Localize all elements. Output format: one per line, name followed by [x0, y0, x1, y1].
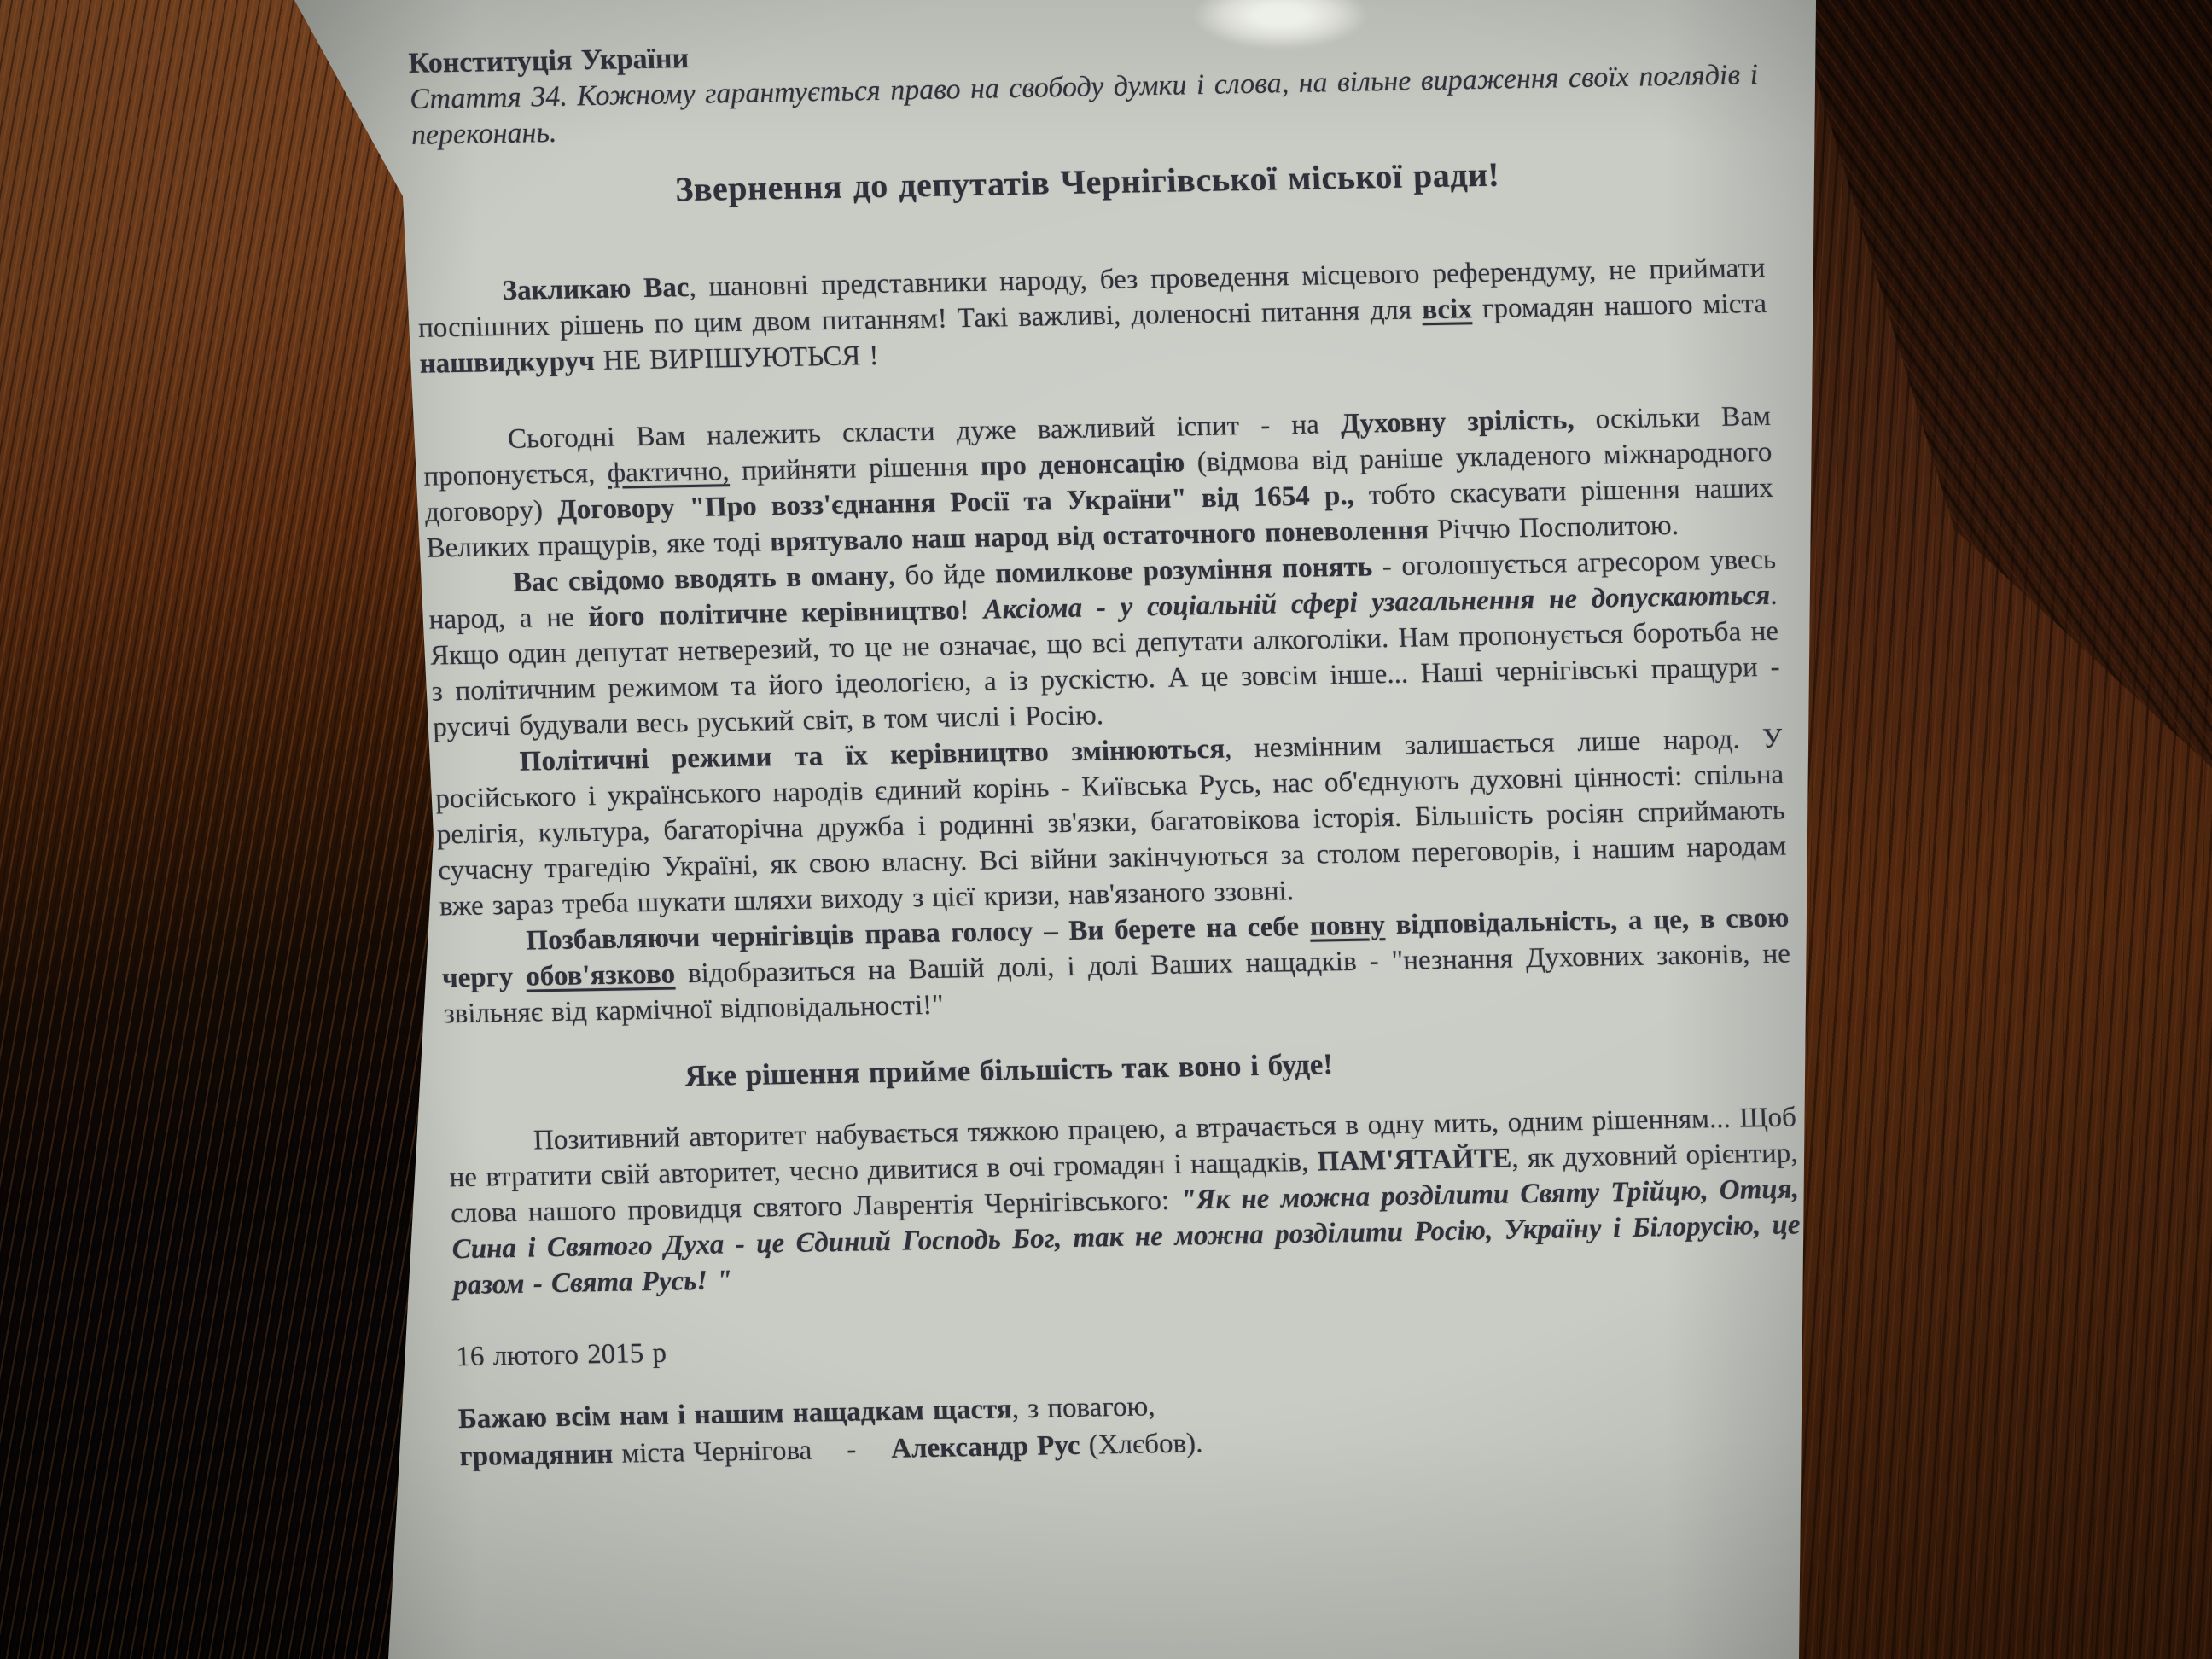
letter-date: 16 лютого 2015 р — [456, 1314, 1805, 1375]
appeal-paragraph-1: Закликаю Вас, шановні представники народ… — [416, 250, 1768, 382]
signature-wish-line: Бажаю всім нам і нашим нащадкам щастя, з… — [457, 1391, 1155, 1435]
decision-slogan: Яке рішення прийме більшість так воно і … — [445, 1038, 1795, 1098]
appeal-paragraph-4: Політичні режими та їх керівництво зміню… — [434, 721, 1788, 925]
photo-of-document-on-table: Конституція України Стаття 34. Кожному г… — [0, 0, 2212, 1659]
appeal-paragraph-3: Вас свідомо вводять в оману, бо йде поми… — [427, 542, 1781, 746]
appeal-paragraph-2: Сьогодні Вам належить скласти дуже важли… — [422, 399, 1775, 567]
appeal-title: Звернення до депутатів Чернігівської міс… — [412, 149, 1761, 215]
document-text-block: Конституція України Стаття 34. Кожному г… — [408, 21, 1808, 1476]
appeal-paragraph-6: Позитивний авторитет набувається тяжкою … — [447, 1099, 1802, 1303]
